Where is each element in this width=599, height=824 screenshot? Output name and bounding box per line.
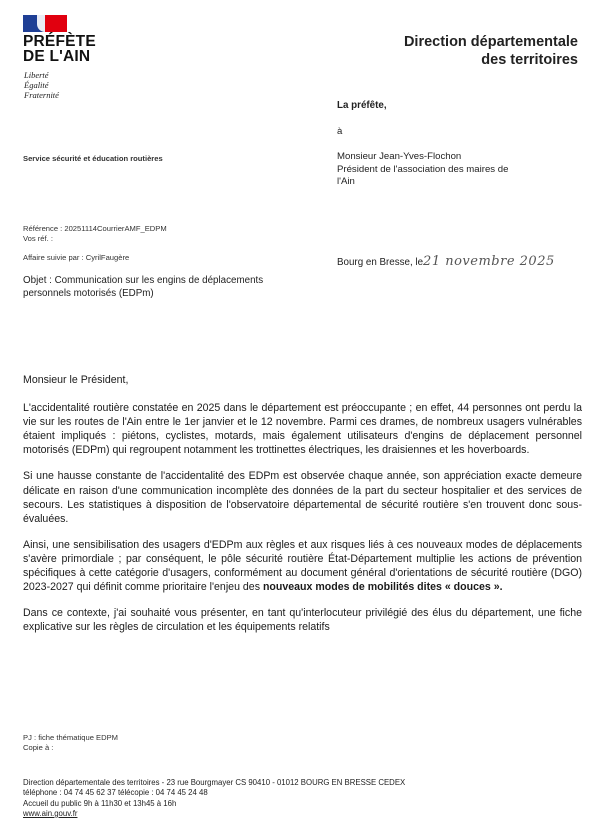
reference: Référence : 20251114CourrierAMF_EDPM bbox=[23, 224, 167, 234]
recipient-title-line1: Président de l'association des maires de bbox=[337, 164, 508, 177]
motto-fraternite: Fraternité bbox=[24, 90, 59, 100]
footer-website-link[interactable]: www.ain.gouv.fr bbox=[23, 809, 405, 819]
paragraph-3: Ainsi, une sensibilisation des usagers d… bbox=[23, 538, 582, 594]
letter-body: Monsieur le Président, L'accidentalité r… bbox=[23, 373, 582, 646]
subject-block: Objet : Communication sur les engins de … bbox=[23, 275, 263, 300]
paragraph-2: Si une hausse constante de l'accidentali… bbox=[23, 469, 582, 525]
vos-ref: Vos réf. : bbox=[23, 234, 167, 244]
motto-egalite: Égalité bbox=[24, 80, 59, 90]
recipient-name: Monsieur Jean-Yves-Flochon bbox=[337, 151, 508, 164]
recipient-title-line2: l'Ain bbox=[337, 176, 508, 189]
paragraph-4: Dans ce contexte, j'ai souhaité vous pré… bbox=[23, 606, 582, 634]
republic-motto: Liberté Égalité Fraternité bbox=[24, 70, 59, 100]
marianne-flag-logo bbox=[23, 15, 67, 32]
service-name: Service sécurité et éducation routières bbox=[23, 154, 163, 163]
attachment-pj: PJ : fiche thématique EDPM bbox=[23, 733, 118, 743]
paragraph-1: L'accidentalité routière constatée en 20… bbox=[23, 401, 582, 457]
footer-address: Direction départementale des territoires… bbox=[23, 778, 405, 788]
to-word: à bbox=[337, 126, 342, 137]
direction-heading: Direction départementale des territoires bbox=[404, 33, 578, 69]
attachments-block: PJ : fiche thématique EDPM Copie à : bbox=[23, 733, 118, 753]
salutation: Monsieur le Président, bbox=[23, 373, 582, 387]
prefecture-title-line1: PRÉFÈTE bbox=[23, 34, 96, 49]
date-place: Bourg en Bresse, le bbox=[337, 257, 423, 268]
footer-hours: Accueil du public 9h à 11h30 et 13h45 à … bbox=[23, 799, 405, 809]
flag-red-band bbox=[45, 15, 67, 32]
prefecture-title-line2: DE L'AIN bbox=[23, 49, 96, 64]
footer: Direction départementale des territoires… bbox=[23, 778, 405, 819]
motto-liberte: Liberté bbox=[24, 70, 59, 80]
copy-to: Copie à : bbox=[23, 743, 118, 753]
prefecture-title: PRÉFÈTE DE L'AIN bbox=[23, 34, 96, 64]
handwritten-date: 21 novembre 2025 bbox=[423, 254, 555, 269]
signatory: La préfête, bbox=[337, 100, 387, 111]
direction-heading-line1: Direction départementale bbox=[404, 33, 578, 51]
reference-block: Référence : 20251114CourrierAMF_EDPM Vos… bbox=[23, 224, 167, 244]
recipient-block: Monsieur Jean-Yves-Flochon Président de … bbox=[337, 151, 508, 189]
flag-blue-band bbox=[23, 15, 45, 32]
subject-line1: Objet : Communication sur les engins de … bbox=[23, 275, 263, 288]
footer-phone: téléphone : 04 74 45 62 37 télécopie : 0… bbox=[23, 788, 405, 798]
subject-line2: personnels motorisés (EDPm) bbox=[23, 288, 263, 301]
date-line: Bourg en Bresse, le21 novembre 2025 bbox=[337, 254, 555, 269]
affaire-suivie: Affaire suivie par : CyrilFaugère bbox=[23, 253, 129, 262]
direction-heading-line2: des territoires bbox=[404, 51, 578, 69]
paragraph-3-emphasis: nouveaux modes de mobilités dites « douc… bbox=[263, 581, 503, 593]
